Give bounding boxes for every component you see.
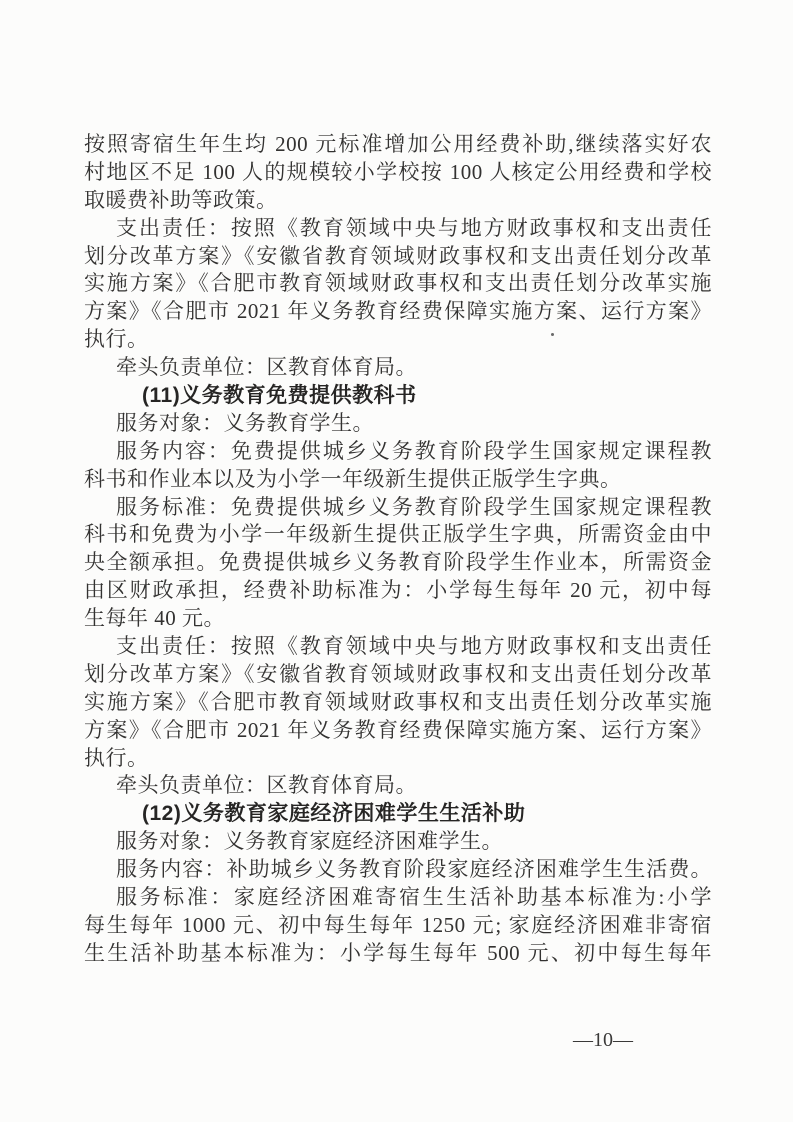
document-body: 按照寄宿生年生均 200 元标准增加公用经费补助,继续落实好农 村地区不足 10… bbox=[84, 131, 712, 968]
text-line: 执行。 bbox=[84, 326, 712, 354]
section-heading-12: (12)义务教育家庭经济困难学生生活补助 bbox=[84, 800, 712, 828]
text-line: 央全额承担。免费提供城乡义务教育阶段学生作业本，所需资金 bbox=[84, 549, 712, 577]
text-line: 按照寄宿生年生均 200 元标准增加公用经费补助,继续落实好农 bbox=[84, 131, 712, 159]
text-line: 取暖费补助等政策。 bbox=[84, 187, 712, 215]
text-line: 科书和作业本以及为小学一年级新生提供正版学生字典。 bbox=[84, 466, 712, 494]
text-line: 服务标准：家庭经济困难寄宿生生活补助基本标准为:小学 bbox=[84, 884, 712, 912]
text-line: 实施方案》《合肥市教育领域财政事权和支出责任划分改革实施 bbox=[84, 270, 712, 298]
text-line: 方案》《合肥市 2021 年义务教育经费保障实施方案、运行方案》 bbox=[84, 717, 712, 745]
text-line: 划分改革方案》《安徽省教育领域财政事权和支出责任划分改革 bbox=[84, 243, 712, 271]
page-number: —10— bbox=[558, 1029, 648, 1052]
section-heading-11: (11)义务教育免费提供教科书 bbox=[84, 382, 712, 410]
text-line: 执行。 bbox=[84, 745, 712, 773]
text-line: 牵头负责单位：区教育体育局。 bbox=[84, 772, 712, 800]
text-line: 方案》《合肥市 2021 年义务教育经费保障实施方案、运行方案》 bbox=[84, 298, 712, 326]
scan-speck bbox=[551, 333, 554, 336]
text-line: 支出责任：按照《教育领域中央与地方财政事权和支出责任 bbox=[84, 215, 712, 243]
text-line: 村地区不足 100 人的规模较小学校按 100 人核定公用经费和学校 bbox=[84, 159, 712, 187]
text-line: 支出责任：按照《教育领域中央与地方财政事权和支出责任 bbox=[84, 633, 712, 661]
text-line: 由区财政承担，经费补助标准为：小学每生每年 20 元，初中每 bbox=[84, 577, 712, 605]
text-line: 服务内容：补助城乡义务教育阶段家庭经济困难学生生活费。 bbox=[84, 856, 712, 884]
text-line: 实施方案》《合肥市教育领域财政事权和支出责任划分改革实施 bbox=[84, 689, 712, 717]
document-page: 按照寄宿生年生均 200 元标准增加公用经费补助,继续落实好农 村地区不足 10… bbox=[0, 0, 793, 1122]
text-line: 牵头负责单位：区教育体育局。 bbox=[84, 354, 712, 382]
text-line: 服务标准：免费提供城乡义务教育阶段学生国家规定课程教 bbox=[84, 494, 712, 522]
text-line: 划分改革方案》《安徽省教育领域财政事权和支出责任划分改革 bbox=[84, 661, 712, 689]
text-line: 服务内容：免费提供城乡义务教育阶段学生国家规定课程教 bbox=[84, 438, 712, 466]
text-line: 生生活补助基本标准为：小学每生每年 500 元、初中每生每年 bbox=[84, 940, 712, 968]
text-line: 科书和免费为小学一年级新生提供正版学生字典，所需资金由中 bbox=[84, 521, 712, 549]
text-line: 服务对象：义务教育家庭经济困难学生。 bbox=[84, 828, 712, 856]
text-line: 每生每年 1000 元、初中每生每年 1250 元; 家庭经济困难非寄宿 bbox=[84, 912, 712, 940]
text-line: 服务对象：义务教育学生。 bbox=[84, 410, 712, 438]
text-line: 生每年 40 元。 bbox=[84, 605, 712, 633]
